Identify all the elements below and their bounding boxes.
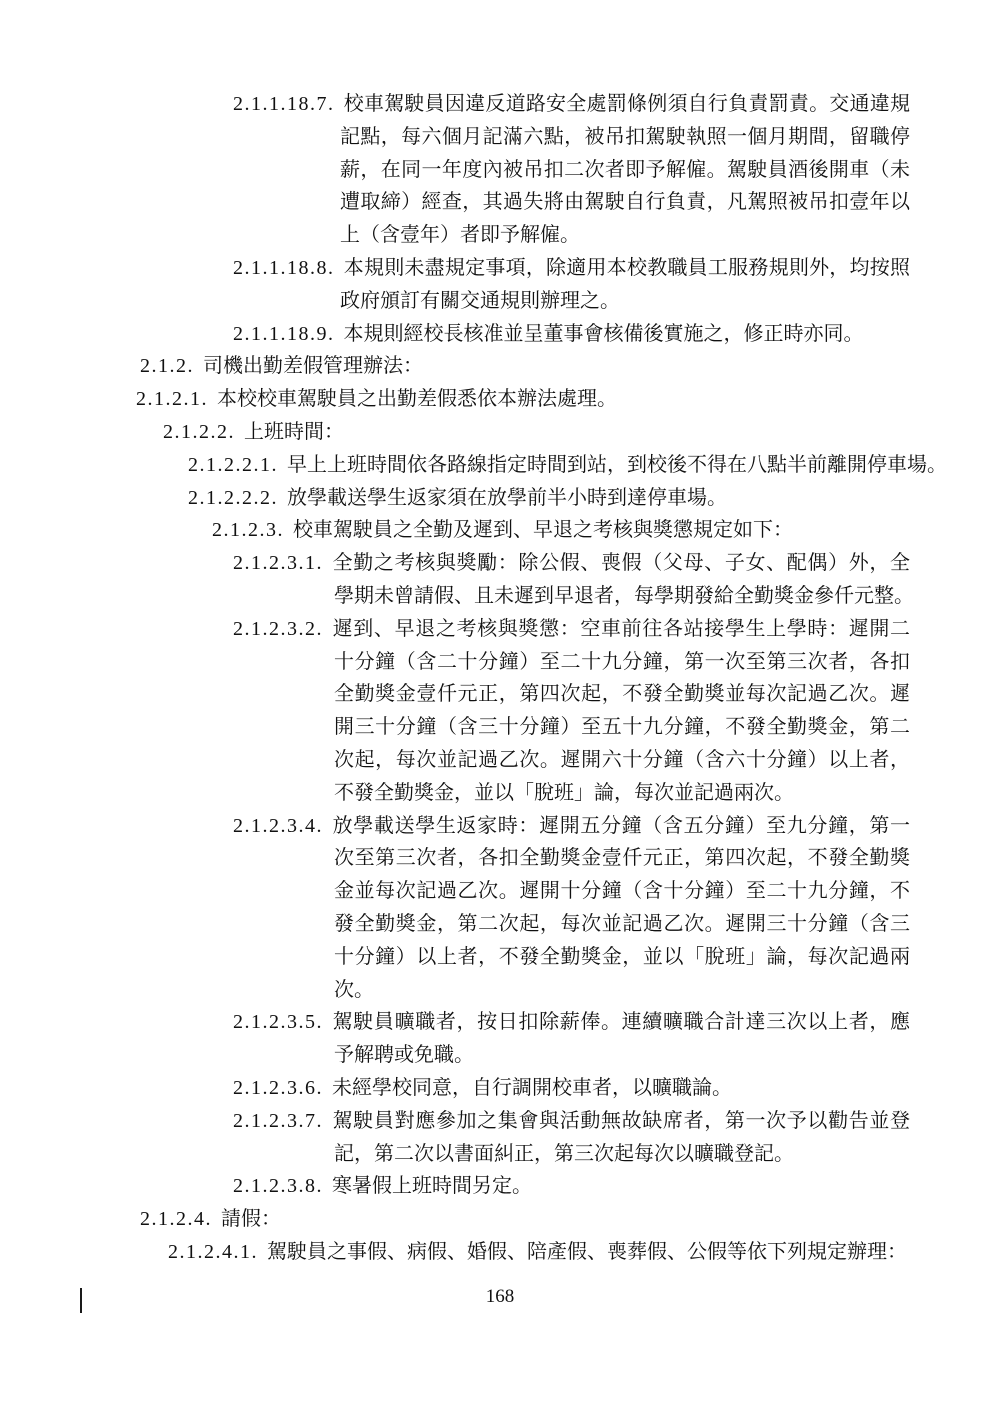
item-number: 2.1.1.18.9. — [233, 323, 335, 345]
page-number: 168 — [0, 1284, 1000, 1310]
regulation-item-2-1-1-18-9: 2.1.1.18.9.本規則經校長核准並呈董事會核備後實施之，修正時亦同。 — [0, 318, 1000, 351]
regulation-item-2-1-1-18-8: 2.1.1.18.8.本規則未盡規定事項，除適用本校教職員工服務規則外，均按照 … — [0, 252, 1000, 318]
item-text: 駕駛員之事假、病假、婚假、陪產假、喪葬假、公假等依下列規定辦理： — [267, 1241, 907, 1263]
item-number: 2.1.2.2.2. — [188, 487, 278, 509]
item-text: 未經學校同意，自行調開校車者，以曠職論。 — [332, 1077, 732, 1099]
item-text: 早上上班時間依各路線指定時間到站，到校後不得在八點半前離開停車場。 — [287, 454, 947, 476]
doc-line: 2.1.2.司機出勤差假管理辦法： — [140, 350, 1000, 383]
doc-line: 2.1.2.3.7.駕駛員對應參加之集會與活動無故缺席者，第一次予以勸告並登 — [233, 1105, 910, 1138]
item-number: 2.1.2.3.7. — [233, 1110, 323, 1132]
regulation-item-2-1-2-3-2: 2.1.2.3.2.遲到、早退之考核與獎懲：空車前往各站接學生上學時：遲開二 十… — [0, 613, 1000, 810]
regulation-item-2-1-2-3-4: 2.1.2.3.4.放學載送學生返家時：遲開五分鐘（含五分鐘）至九分鐘，第一 次… — [0, 810, 1000, 1007]
regulation-item-2-1-2-4-1: 2.1.2.4.1.駕駛員之事假、病假、婚假、陪產假、喪葬假、公假等依下列規定辦… — [0, 1236, 1000, 1269]
doc-line: 2.1.2.2.1.早上上班時間依各路線指定時間到站，到校後不得在八點半前離開停… — [188, 449, 1000, 482]
doc-line: 2.1.2.1.本校校車駕駛員之出勤差假悉依本辦法處理。 — [136, 383, 1000, 416]
doc-line: 記，第二次以書面糾正，第三次起每次以曠職登記。 — [334, 1138, 1000, 1171]
item-number: 2.1.2.4.1. — [168, 1241, 258, 1263]
item-number: 2.1.2.3.1. — [233, 552, 323, 574]
item-number: 2.1.2.4. — [140, 1208, 212, 1230]
item-text: 寒暑假上班時間另定。 — [332, 1175, 532, 1197]
item-text: 遲到、早退之考核與獎懲：空車前往各站接學生上學時：遲開二 — [332, 618, 910, 640]
doc-line: 記點，每六個月記滿六點，被吊扣駕駛執照一個月期間，留職停 — [340, 121, 910, 154]
doc-line: 十分鐘（含二十分鐘）至二十九分鐘，第一次至第三次者，各扣 — [334, 646, 910, 679]
doc-line: 2.1.2.3.5.駕駛員曠職者，按日扣除薪俸。連續曠職合計達三次以上者，應 — [233, 1006, 910, 1039]
doc-line: 2.1.2.3.校車駕駛員之全勤及遲到、早退之考核與獎懲規定如下： — [212, 514, 1000, 547]
regulation-item-2-1-2-3-6: 2.1.2.3.6.未經學校同意，自行調開校車者，以曠職論。 — [0, 1072, 1000, 1105]
regulation-item-2-1-2-3-7: 2.1.2.3.7.駕駛員對應參加之集會與活動無故缺席者，第一次予以勸告並登 記… — [0, 1105, 1000, 1171]
document-page: 2.1.1.18.7.校車駕駛員因違反道路安全處罰條例須自行負責罰責。交通違規 … — [0, 0, 1000, 1269]
item-text: 校車駕駛員因違反道路安全處罰條例須自行負責罰責。交通違規 — [344, 93, 911, 115]
item-number: 2.1.2.3.8. — [233, 1175, 323, 1197]
item-text: 駕駛員對應參加之集會與活動無故缺席者，第一次予以勸告並登 — [332, 1110, 910, 1132]
doc-line: 2.1.1.18.8.本規則未盡規定事項，除適用本校教職員工服務規則外，均按照 — [233, 252, 910, 285]
doc-line: 薪，在同一年度內被吊扣二次者即予解僱。駕駛員酒後開車（未 — [340, 154, 910, 187]
item-text: 上班時間： — [244, 421, 344, 443]
doc-line: 政府頒訂有關交通規則辦理之。 — [340, 285, 1000, 318]
doc-line: 不發全勤獎金，並以「脫班」論，每次並記過兩次。 — [334, 777, 1000, 810]
item-number: 2.1.2. — [140, 355, 194, 377]
doc-line: 2.1.2.4.請假： — [140, 1203, 1000, 1236]
doc-line: 開三十分鐘（含三十分鐘）至五十九分鐘，不發全勤獎金，第二 — [334, 711, 910, 744]
doc-line: 次。 — [334, 974, 1000, 1007]
doc-line: 上（含壹年）者即予解僱。 — [340, 219, 1000, 252]
item-number: 2.1.2.2. — [163, 421, 235, 443]
regulation-item-2-1-2-2-2: 2.1.2.2.2.放學載送學生返家須在放學前半小時到達停車場。 — [0, 482, 1000, 515]
doc-line: 次至第三次者，各扣全勤獎金壹仟元正，第四次起，不發全勤獎 — [334, 842, 910, 875]
doc-line: 2.1.2.3.1.全勤之考核與獎勵：除公假、喪假（父母、子女、配偶）外，全 — [233, 547, 910, 580]
doc-line: 遭取締）經查，其過失將由駕駛自行負責，凡駕照被吊扣壹年以 — [340, 186, 910, 219]
doc-line: 2.1.2.3.6.未經學校同意，自行調開校車者，以曠職論。 — [233, 1072, 1000, 1105]
item-number: 2.1.2.3.6. — [233, 1077, 323, 1099]
doc-line: 2.1.2.3.4.放學載送學生返家時：遲開五分鐘（含五分鐘）至九分鐘，第一 — [233, 810, 910, 843]
item-text: 放學載送學生返家時：遲開五分鐘（含五分鐘）至九分鐘，第一 — [332, 815, 910, 837]
doc-line: 十分鐘）以上者，不發全勤獎金，並以「脫班」論，每次記過兩 — [334, 941, 910, 974]
item-text: 全勤之考核與獎勵：除公假、喪假（父母、子女、配偶）外，全 — [332, 552, 910, 574]
item-number: 2.1.2.2.1. — [188, 454, 278, 476]
regulation-item-2-1-2: 2.1.2.司機出勤差假管理辦法： — [0, 350, 1000, 383]
doc-line: 2.1.1.18.7.校車駕駛員因違反道路安全處罰條例須自行負責罰責。交通違規 — [233, 88, 910, 121]
doc-line: 2.1.2.2.上班時間： — [163, 416, 1000, 449]
regulation-item-2-1-2-2: 2.1.2.2.上班時間： — [0, 416, 1000, 449]
doc-line: 2.1.2.4.1.駕駛員之事假、病假、婚假、陪產假、喪葬假、公假等依下列規定辦… — [168, 1236, 1000, 1269]
doc-line: 次起，每次並記過乙次。遲開六十分鐘（含六十分鐘）以上者， — [334, 744, 910, 777]
item-number: 2.1.2.3.5. — [233, 1011, 323, 1033]
regulation-item-2-1-2-2-1: 2.1.2.2.1.早上上班時間依各路線指定時間到站，到校後不得在八點半前離開停… — [0, 449, 1000, 482]
doc-line: 2.1.1.18.9.本規則經校長核准並呈董事會核備後實施之，修正時亦同。 — [233, 318, 1000, 351]
regulation-item-2-1-2-3: 2.1.2.3.校車駕駛員之全勤及遲到、早退之考核與獎懲規定如下： — [0, 514, 1000, 547]
item-text: 放學載送學生返家須在放學前半小時到達停車場。 — [287, 487, 727, 509]
regulation-item-2-1-2-3-5: 2.1.2.3.5.駕駛員曠職者，按日扣除薪俸。連續曠職合計達三次以上者，應 予… — [0, 1006, 1000, 1072]
regulation-item-2-1-1-18-7: 2.1.1.18.7.校車駕駛員因違反道路安全處罰條例須自行負責罰責。交通違規 … — [0, 88, 1000, 252]
regulation-item-2-1-2-4: 2.1.2.4.請假： — [0, 1203, 1000, 1236]
item-number: 2.1.1.18.8. — [233, 257, 335, 279]
item-number: 2.1.2.3.4. — [233, 815, 323, 837]
doc-line: 學期未曾請假、且未遲到早退者，每學期發給全勤獎金參仟元整。 — [334, 580, 1000, 613]
regulation-item-2-1-2-3-1: 2.1.2.3.1.全勤之考核與獎勵：除公假、喪假（父母、子女、配偶）外，全 學… — [0, 547, 1000, 613]
item-text: 請假： — [221, 1208, 281, 1230]
item-text: 駕駛員曠職者，按日扣除薪俸。連續曠職合計達三次以上者，應 — [332, 1011, 910, 1033]
item-text: 本規則經校長核准並呈董事會核備後實施之，修正時亦同。 — [344, 323, 864, 345]
doc-line: 2.1.2.3.2.遲到、早退之考核與獎懲：空車前往各站接學生上學時：遲開二 — [233, 613, 910, 646]
doc-line: 發全勤獎金，第二次起，每次並記過乙次。遲開三十分鐘（含三 — [334, 908, 910, 941]
doc-line: 金並每次記過乙次。遲開十分鐘（含十分鐘）至二十九分鐘，不 — [334, 875, 910, 908]
item-text: 本校校車駕駛員之出勤差假悉依本辦法處理。 — [217, 388, 617, 410]
doc-line: 2.1.2.3.8.寒暑假上班時間另定。 — [233, 1170, 1000, 1203]
item-text: 本規則未盡規定事項，除適用本校教職員工服務規則外，均按照 — [344, 257, 911, 279]
regulation-item-2-1-2-3-8: 2.1.2.3.8.寒暑假上班時間另定。 — [0, 1170, 1000, 1203]
item-text: 校車駕駛員之全勤及遲到、早退之考核與獎懲規定如下： — [293, 519, 793, 541]
item-number: 2.1.1.18.7. — [233, 93, 335, 115]
regulation-item-2-1-2-1: 2.1.2.1.本校校車駕駛員之出勤差假悉依本辦法處理。 — [0, 383, 1000, 416]
item-number: 2.1.2.3.2. — [233, 618, 323, 640]
doc-line: 2.1.2.2.2.放學載送學生返家須在放學前半小時到達停車場。 — [188, 482, 1000, 515]
item-number: 2.1.2.1. — [136, 388, 208, 410]
doc-line: 全勤獎金壹仟元正，第四次起，不發全勤獎並每次記過乙次。遲 — [334, 678, 910, 711]
doc-line: 予解聘或免職。 — [334, 1039, 1000, 1072]
item-number: 2.1.2.3. — [212, 519, 284, 541]
item-text: 司機出勤差假管理辦法： — [203, 355, 423, 377]
